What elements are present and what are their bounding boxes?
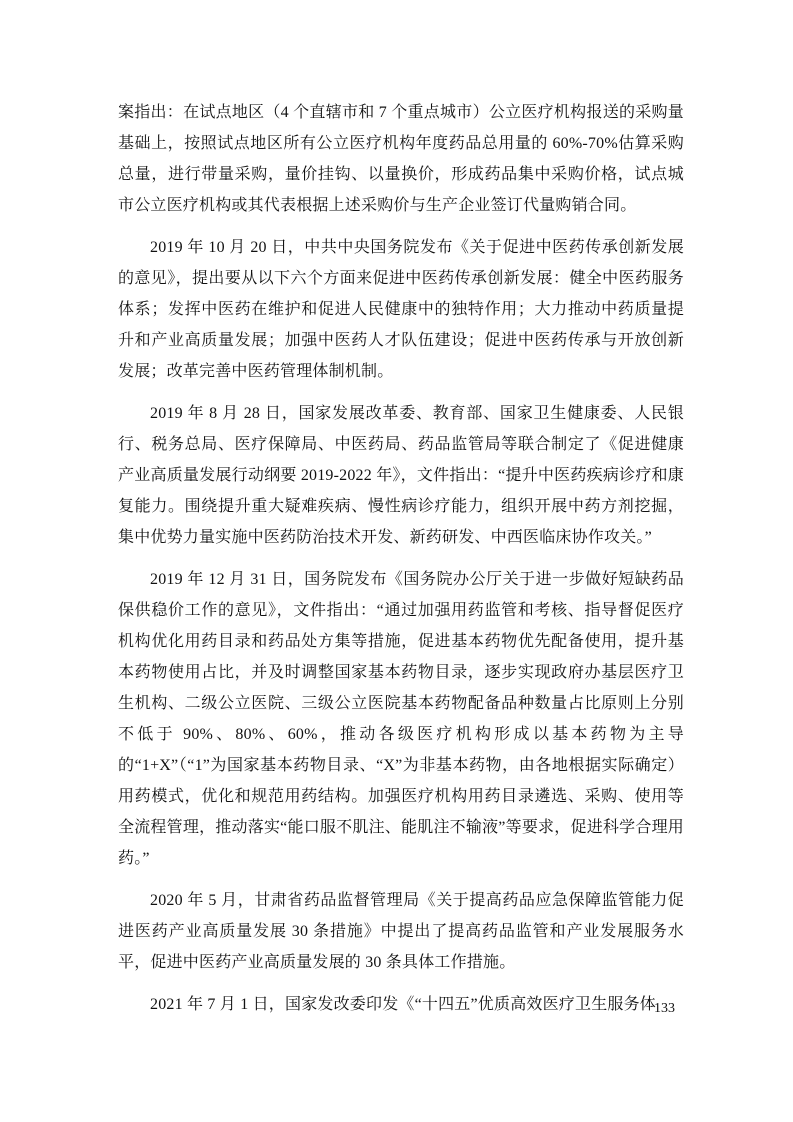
document-page: 案指出：在试点地区（4 个直辖市和 7 个重点城市）公立医疗机构报送的采购量基础…: [118, 0, 684, 1122]
paragraph-2019-08-28: 2019 年 8 月 28 日，国家发展改革委、教育部、国家卫生健康委、人民银行…: [118, 398, 684, 553]
paragraph-continuation: 案指出：在试点地区（4 个直辖市和 7 个重点城市）公立医疗机构报送的采购量基础…: [118, 97, 684, 221]
paragraph-2021-07-01: 2021 年 7 月 1 日，国家发改委印发《“十四五”优质高效医疗卫生服务体: [118, 989, 684, 1020]
page-number: 133: [654, 1000, 675, 1018]
paragraph-2019-12-31: 2019 年 12 月 31 日，国务院发布《国务院办公厅关于进一步做好短缺药品…: [118, 564, 684, 874]
body-text: 案指出：在试点地区（4 个直辖市和 7 个重点城市）公立医疗机构报送的采购量基础…: [118, 0, 684, 1020]
paragraph-2019-10-20: 2019 年 10 月 20 日，中共中央国务院发布《关于促进中医药传承创新发展…: [118, 232, 684, 387]
paragraph-2020-05: 2020 年 5 月，甘肃省药品监督管理局《关于提高药品应急保障监管能力促进医药…: [118, 885, 684, 978]
